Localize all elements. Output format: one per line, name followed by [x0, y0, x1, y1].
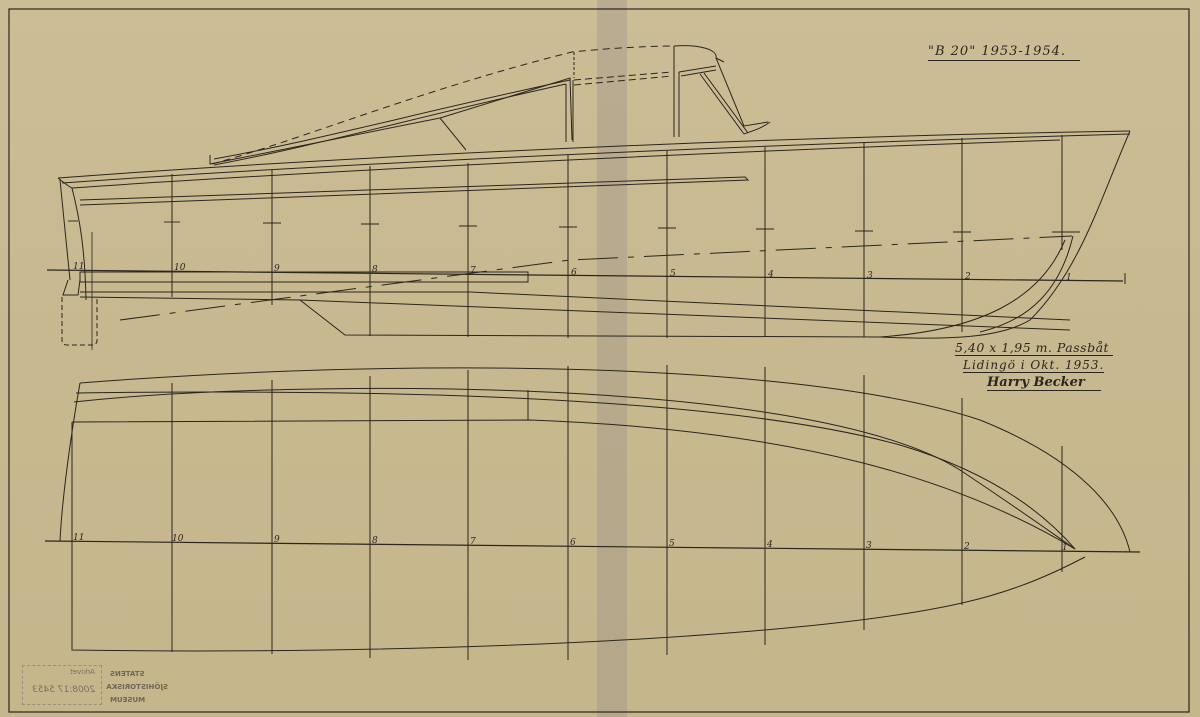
profile-view — [47, 46, 1130, 350]
plan-station-10: 10 — [172, 534, 183, 544]
profile-station-3: 3 — [867, 271, 873, 281]
plan-station-6: 6 — [570, 538, 576, 548]
plan-station-4: 4 — [767, 540, 773, 550]
museum-stamp-line-2: SJÖHISTORISKA — [110, 681, 168, 694]
profile-station-8: 8 — [372, 265, 378, 275]
plan-station-7: 7 — [470, 537, 476, 547]
plan-station-11: 11 — [73, 533, 84, 543]
drawing-title: "B 20" 1953-1954. — [928, 44, 1080, 61]
profile-station-11: 11 — [73, 262, 84, 272]
archive-stamp-number: 2008:17 5453 — [32, 685, 95, 695]
museum-stamp-line-1: STATENS — [110, 668, 168, 681]
plan-view — [45, 365, 1140, 660]
plan-station-1: 1 — [1062, 543, 1068, 553]
plan-station-8: 8 — [372, 536, 378, 546]
designer-signature: Harry Becker — [987, 375, 1101, 391]
plan-station-3: 3 — [866, 541, 872, 551]
profile-station-5: 5 — [670, 269, 676, 279]
profile-station-1: 1 — [1066, 273, 1072, 283]
plan-station-2: 2 — [964, 542, 970, 552]
plan-station-9: 9 — [274, 535, 280, 545]
place-date-label: Lidingö i Okt. 1953. — [963, 358, 1104, 373]
archive-stamp-label: Arkivet — [70, 668, 95, 676]
profile-station-6: 6 — [571, 268, 577, 278]
plan-station-5: 5 — [669, 539, 675, 549]
profile-station-9: 9 — [274, 264, 280, 274]
museum-stamp: STATENS SJÖHISTORISKA MUSEUM — [110, 668, 168, 707]
profile-station-4: 4 — [768, 270, 774, 280]
profile-station-2: 2 — [965, 272, 971, 282]
museum-stamp-line-3: MUSEUM — [110, 694, 168, 707]
boat-spec-label: 5,40 x 1,95 m. Passbåt — [955, 340, 1113, 356]
profile-station-7: 7 — [470, 266, 476, 276]
profile-station-10: 10 — [174, 263, 185, 273]
